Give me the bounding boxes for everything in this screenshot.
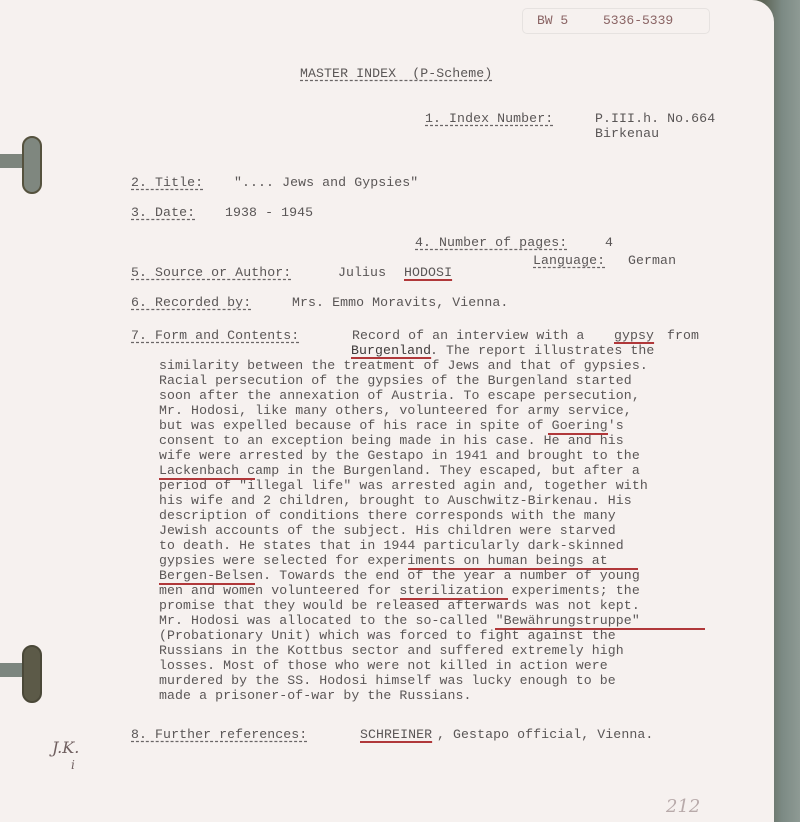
handwritten-initials: J.K.: [52, 738, 79, 757]
body-line: similarity between the treatment of Jews…: [159, 359, 648, 373]
body-line: his wife and 2 children, brought to Ausc…: [159, 494, 632, 508]
recorded-by-label: 6. Recorded by:: [131, 296, 251, 310]
body-line: Racial persecution of the gypsies of the…: [159, 374, 632, 388]
body-line: murdered by the SS. Hodosi himself was l…: [159, 674, 616, 688]
stamp-series: BW 5: [537, 13, 568, 28]
body-line: to death. He states that in 1944 particu…: [159, 539, 624, 553]
red-underline-sterilization: [400, 598, 508, 600]
pages-label: 4. Number of pages:: [415, 236, 567, 250]
red-underline-experiments: [408, 568, 638, 570]
further-references-label: 8. Further references:: [131, 728, 307, 742]
index-number-label: 1. Index Number:: [425, 112, 553, 126]
archive-stamp: BW 5 5336-5339: [522, 8, 710, 34]
body-line: (Probationary Unit) which was forced to …: [159, 629, 616, 643]
contents-gypsy: gypsy: [614, 329, 654, 343]
contents-burgenland: Burgenland: [351, 344, 431, 358]
document-heading: MASTER INDEX (P-Scheme): [300, 67, 492, 81]
body-line: Mr. Hodosi was allocated to the so-calle…: [159, 614, 640, 628]
body-line: consent to an exception being made in hi…: [159, 434, 624, 448]
red-underline-goering: [548, 433, 608, 435]
body-line: description of conditions there correspo…: [159, 509, 616, 523]
recorded-by-value: Mrs. Emmo Moravits, Vienna.: [292, 296, 508, 310]
title-label: 2. Title:: [131, 176, 203, 190]
body-line: Lackenbach camp in the Burgenland. They …: [159, 464, 640, 478]
red-underline-lackenbach: [159, 478, 255, 480]
body-line: Russians in the Kottbus sector and suffe…: [159, 644, 624, 658]
further-references-name: SCHREINER: [360, 728, 432, 742]
contents-from: from: [667, 329, 699, 343]
body-line: gypsies were selected for experiments on…: [159, 554, 608, 568]
contents-first-line: Record of an interview with a: [352, 329, 584, 343]
stamp-range: 5336-5339: [603, 13, 673, 28]
body-line: Jewish accounts of the subject. His chil…: [159, 524, 616, 538]
red-underline-bewaehrungstruppe: [495, 628, 705, 630]
body-line: but was expelled because of his race in …: [159, 419, 624, 433]
source-name: HODOSI: [404, 266, 452, 280]
body-line: Bergen-Belsen. Towards the end of the ye…: [159, 569, 640, 583]
body-line: wife were arrested by the Gestapo in 194…: [159, 449, 640, 463]
pages-value: 4: [605, 236, 613, 250]
clip-post: [22, 136, 42, 194]
language-value: German: [628, 254, 676, 268]
body-line: Mr. Hodosi, like many others, volunteere…: [159, 404, 632, 418]
source-prefix: Julius: [338, 266, 386, 280]
body-line: period of "illegal life" was arrested ag…: [159, 479, 648, 493]
red-underline-bergen-belsen: [159, 583, 255, 585]
body-line: men and women volunteered for sterilizat…: [159, 584, 640, 598]
handwritten-page-number: 212: [666, 796, 700, 817]
index-number-value: P.III.h. No.664: [595, 112, 715, 126]
language-label: Language:: [533, 254, 605, 268]
clip-post: [22, 645, 42, 703]
title-value: ".... Jews and Gypsies": [234, 176, 418, 190]
further-references-rest: , Gestapo official, Vienna.: [437, 728, 653, 742]
form-contents-label: 7. Form and Contents:: [131, 329, 299, 343]
handwritten-mark: i: [71, 758, 75, 772]
body-line: soon after the annexation of Austria. To…: [159, 389, 640, 403]
contents-second-line: . The report illustrates the: [430, 344, 654, 358]
body-line: promise that they would be released afte…: [159, 599, 640, 613]
date-value: 1938 - 1945: [225, 206, 313, 220]
index-location: Birkenau: [595, 127, 659, 141]
source-label: 5. Source or Author:: [131, 266, 291, 280]
body-line: losses. Most of those who were not kille…: [159, 659, 608, 673]
body-line: made a prisoner-of-war by the Russians.: [159, 689, 472, 703]
date-label: 3. Date:: [131, 206, 195, 220]
